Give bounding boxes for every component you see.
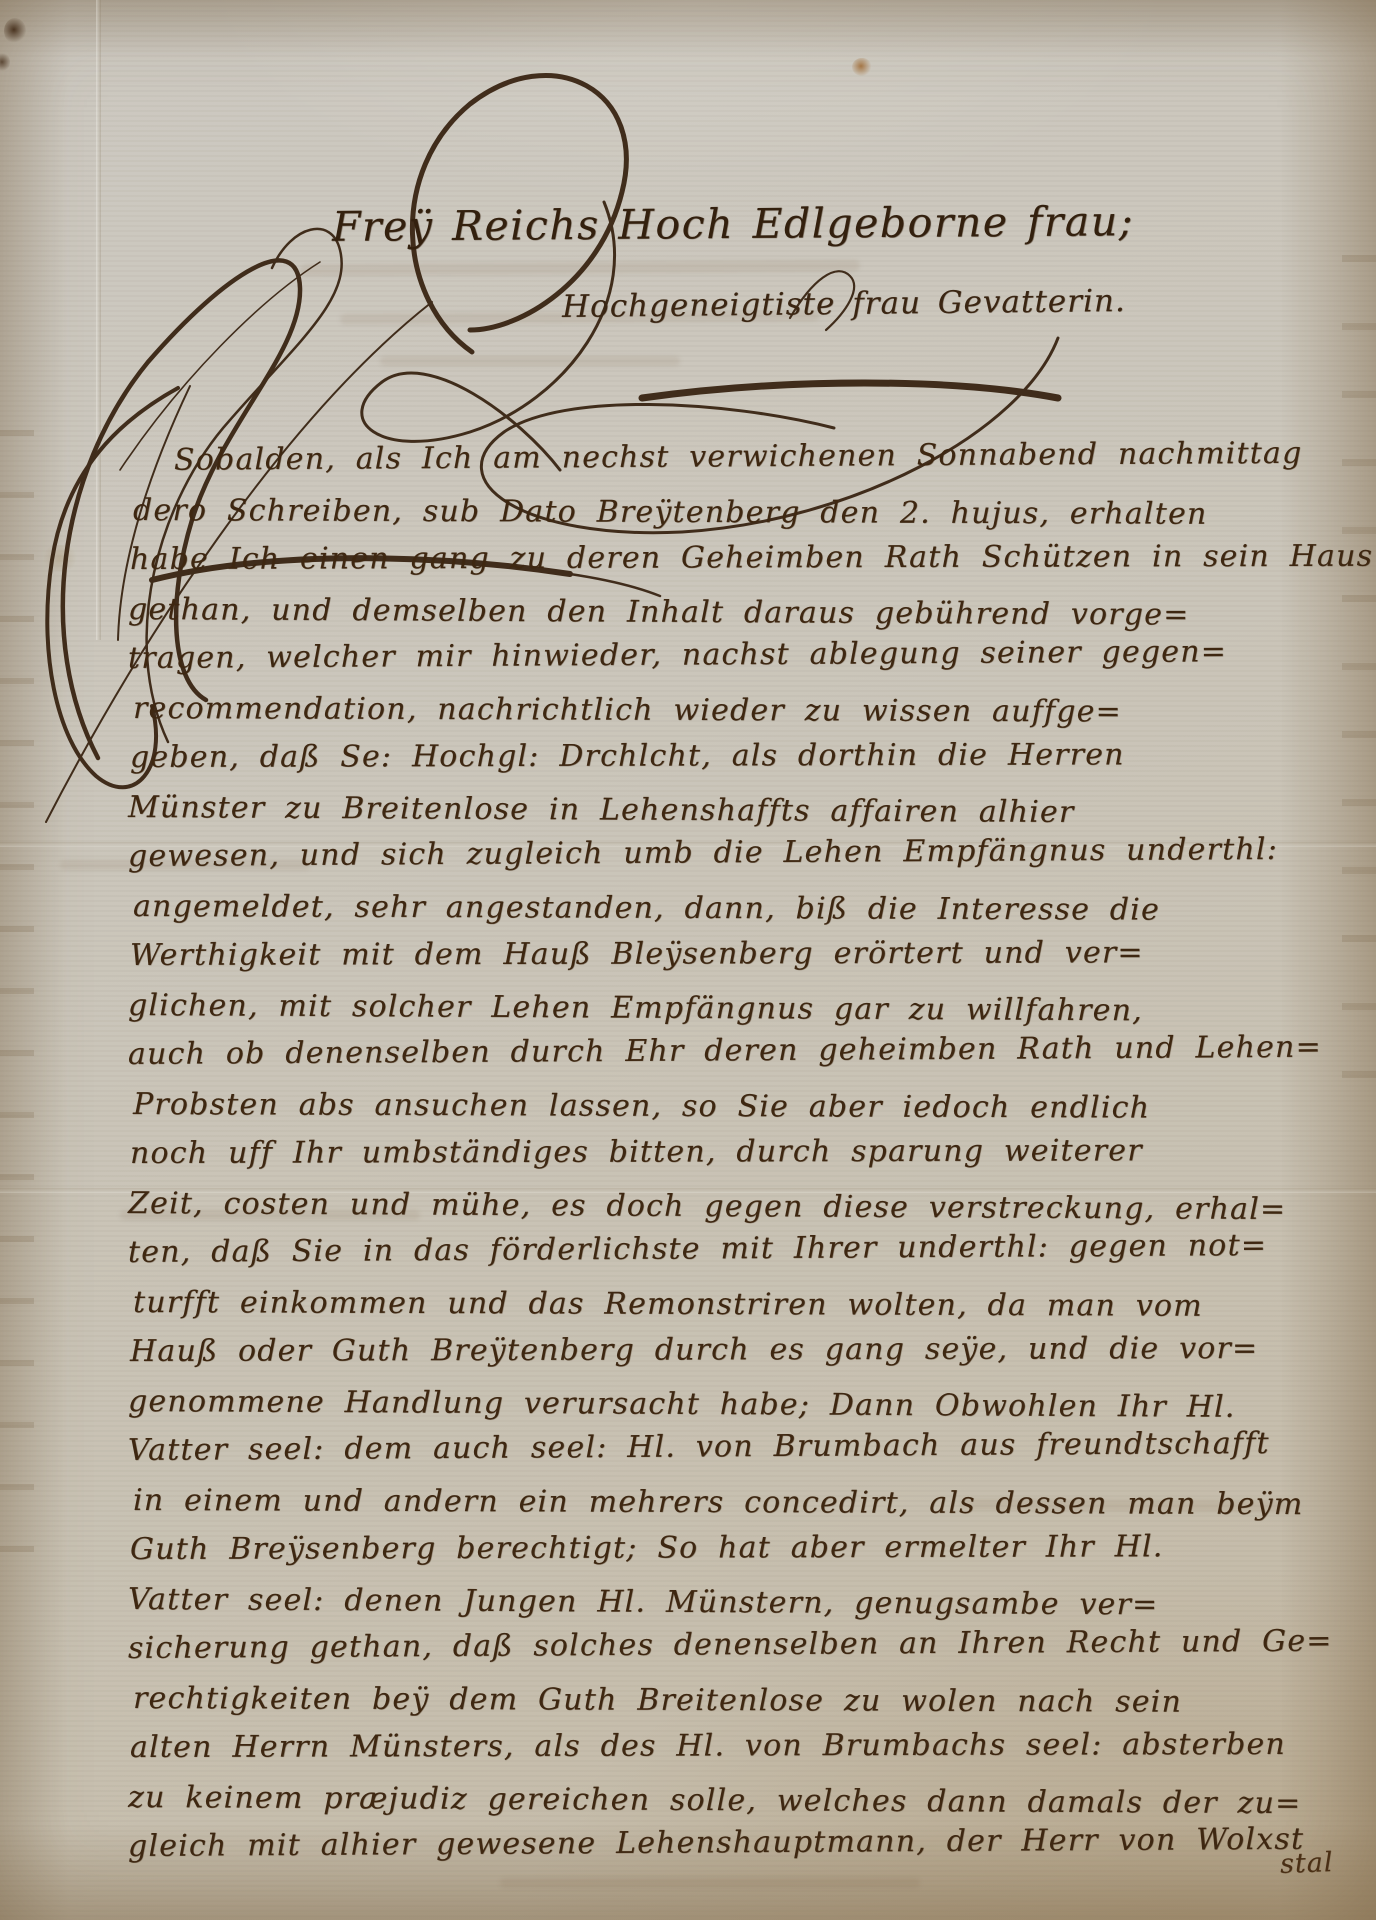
- bleed-through-line: [500, 1878, 920, 1888]
- text-line: gewesen, und sich zugleich umb die Lehen…: [128, 824, 1368, 881]
- text-line: Sobalden, als Ich am nechst verwichenen …: [128, 428, 1368, 485]
- text-line: alten Herrn Münsters, als des Hl. von Br…: [128, 1720, 1368, 1773]
- salutation-line-1: Freÿ Reichs Hoch Edlgeborne frau;: [332, 197, 1134, 251]
- text-line: gleich mit alhier gewesene Lehenshauptma…: [128, 1814, 1368, 1871]
- text-line: geben, daß Se: Hochgl: Drchlcht, als dor…: [128, 730, 1368, 783]
- text-line: auch ob denenselben durch Ehr deren gehe…: [128, 1022, 1368, 1079]
- salutation-line-2: Hochgeneigtiste frau Gevatterin.: [562, 283, 1126, 325]
- bleed-through-line: [300, 260, 860, 277]
- paper-stain: [40, 545, 80, 571]
- ink-stain: [0, 52, 10, 72]
- ink-stain: [4, 18, 26, 44]
- text-line: Hauß oder Guth Breÿtenberg durch es gang…: [128, 1324, 1368, 1377]
- text-line: sicherung gethan, daß solches denenselbe…: [128, 1616, 1368, 1673]
- rust-spot: [852, 58, 872, 76]
- vertical-fold-crease: [96, 0, 101, 640]
- text-line: noch uff Ihr umbständiges bitten, durch …: [128, 1126, 1368, 1179]
- text-line: Vatter seel: dem auch seel: Hl. von Brum…: [128, 1418, 1368, 1475]
- catchword: stal: [1279, 1847, 1334, 1880]
- manuscript-page: Freÿ Reichs Hoch Edlgeborne frau; Hochge…: [0, 0, 1376, 1920]
- text-line: Guth Breÿsenberg berechtigt; So hat aber…: [128, 1522, 1368, 1575]
- bleed-through-marks: [0, 430, 34, 1570]
- text-line: Werthigkeit mit dem Hauß Bleÿsenberg erö…: [128, 928, 1368, 981]
- bleed-through-line: [380, 356, 680, 366]
- text-line: habe Ich einen gang zu deren Geheimben R…: [128, 532, 1368, 585]
- letter-body: Sobalden, als Ich am nechst verwichenen …: [128, 436, 1368, 1872]
- text-line: tragen, welcher mir hinwieder, nachst ab…: [128, 626, 1368, 683]
- text-line: ten, daß Sie in das förderlichste mit Ih…: [128, 1220, 1368, 1277]
